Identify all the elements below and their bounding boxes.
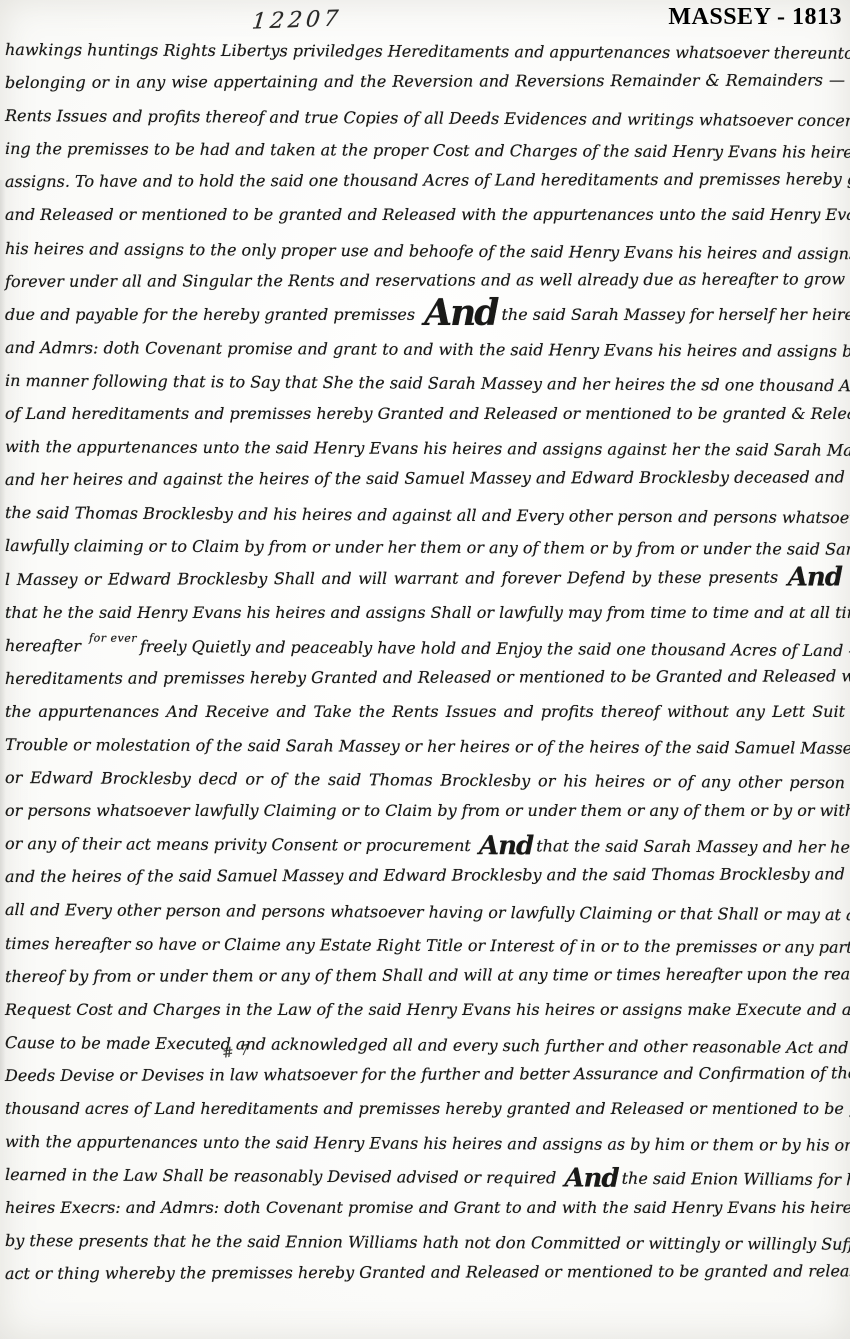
handwritten-folio-number: 12207 — [251, 6, 344, 34]
line-text: hereditaments and premisses hereby Grant… — [5, 666, 850, 688]
line-text: in manner following that is to Say that … — [5, 371, 850, 395]
document-line: or persons whatsoever lawfully Claiming … — [5, 794, 845, 827]
line-text: with the appurtenances unto the said Hen… — [5, 437, 850, 460]
document-line: hereditaments and premisses hereby Grant… — [5, 659, 845, 695]
document-line: heires Execrs: and Admrs: doth Covenant … — [5, 1191, 845, 1224]
line-text: that he the said Henry Evans his heires … — [5, 603, 850, 622]
document-line: Trouble or molestation of the said Sarah… — [5, 728, 845, 765]
document-line: l Massey or Edward Brocklesby Shall and … — [5, 560, 845, 596]
line-text: his heires and assigns to the only prope… — [5, 239, 850, 263]
line-text: of Land hereditaments and premisses here… — [5, 404, 850, 423]
document-line: due and payable for the hereby granted p… — [5, 298, 845, 331]
line-text: thereof by from or under them or any of … — [5, 964, 850, 986]
document-line: thereof by from or under them or any of … — [5, 957, 845, 993]
line-text: hereafter — [5, 636, 81, 655]
document-line: that he the said Henry Evans his heires … — [5, 596, 845, 629]
line-text: and her heires and against the heires of… — [5, 467, 850, 489]
line-text: assigns. To have and to hold the said on… — [5, 170, 850, 192]
line-text: freely Quietly and peaceably have hold a… — [140, 637, 850, 660]
document-line: of Land hereditaments and premisses here… — [5, 397, 845, 430]
decorated-and-word: And — [476, 831, 536, 861]
line-text: belonging or in any wise appertaining an… — [5, 70, 845, 92]
line-text: the said Sarah Massey for herself her he… — [501, 305, 850, 324]
line-text: learned in the Law Shall be reasonably D… — [5, 1165, 556, 1187]
line-text: the said Enion Williams for him self his — [622, 1169, 850, 1190]
line-text: Trouble or molestation of the said Sarah… — [5, 735, 850, 758]
line-text: and Admrs: doth Covenant promise and gra… — [5, 338, 850, 361]
line-text: thousand acres of Land hereditaments and… — [5, 1099, 850, 1118]
scanned-deed-page: 12207 MASSEY - 1813 # 7 hawkings hunting… — [0, 0, 850, 1339]
line-text: ing the premisses to be had and taken at… — [5, 139, 850, 162]
line-text: Rents Issues and profits thereof and tru… — [5, 106, 850, 130]
decorated-and-word: And — [561, 1164, 621, 1194]
line-text: and Released or mentioned to be granted … — [5, 205, 850, 224]
document-body: hawkings huntings Rights Libertys privil… — [5, 33, 845, 1291]
document-line: and the heires of the said Samuel Massey… — [5, 858, 845, 894]
line-text: with the appurtenances unto the said Hen… — [5, 1132, 850, 1155]
line-text: heires Execrs: and Admrs: doth Covenant … — [5, 1198, 850, 1217]
document-line: the appurtenances And Receive and Take t… — [5, 695, 845, 728]
decorated-and-word: And — [420, 292, 501, 334]
document-line: and her heires and against the heires of… — [5, 461, 845, 497]
line-text: times hereafter so have or Claime any Es… — [5, 934, 850, 957]
line-text: or any of their act means privity Consen… — [5, 834, 471, 855]
line-text: or Edward Brocklesby decd or of the said… — [5, 768, 845, 792]
interlinear-insertion: for ever — [89, 631, 137, 644]
document-line: and Released or mentioned to be granted … — [5, 198, 845, 231]
line-text: Deeds Devise or Devises in law whatsoeve… — [5, 1063, 850, 1085]
page-title: MASSEY - 1813 — [668, 4, 842, 31]
line-text: l Massey or Edward Brocklesby Shall and … — [5, 567, 778, 588]
line-text: Cause to be made Executed and acknowledg… — [5, 1033, 850, 1058]
document-line: and Admrs: doth Covenant promise and gra… — [5, 331, 845, 368]
document-line: forever under all and Singular the Rents… — [5, 262, 845, 298]
line-text: Request Cost and Charges in the Law of t… — [5, 1000, 850, 1019]
document-line: with the appurtenances unto the said Hen… — [5, 1125, 845, 1162]
line-text: hawkings huntings Rights Libertys privil… — [5, 40, 850, 63]
decorated-and-word: And — [785, 562, 845, 592]
line-text: and the heires of the said Samuel Massey… — [5, 864, 850, 886]
document-line: Request Cost and Charges in the Law of t… — [5, 993, 845, 1026]
document-line: assigns. To have and to hold the said on… — [5, 163, 845, 199]
document-line: Deeds Devise or Devises in law whatsoeve… — [5, 1056, 845, 1092]
document-line: or Edward Brocklesby decd or of the said… — [5, 761, 845, 799]
line-text: all and Every other person and persons w… — [5, 900, 850, 925]
document-line: belonging or in any wise appertaining an… — [5, 63, 845, 99]
line-text: act or thing whereby the premisses hereb… — [5, 1261, 850, 1283]
document-line: all and Every other person and persons w… — [5, 893, 845, 931]
document-line: act or thing whereby the premisses hereb… — [5, 1255, 845, 1291]
line-text: forever under all and Singular the Rents… — [5, 269, 845, 291]
document-line: thousand acres of Land hereditaments and… — [5, 1092, 845, 1125]
line-text: that the said Sarah Massey and her heire… — [536, 837, 850, 858]
line-text: the appurtenances And Receive and Take t… — [5, 702, 845, 721]
document-line: in manner following that is to Say that … — [5, 364, 845, 402]
line-text: the said Thomas Brocklesby and his heire… — [5, 503, 850, 527]
line-text: lawfully claiming or to Claim by from or… — [5, 536, 850, 559]
line-text: by these presents that he the said Ennio… — [5, 1231, 850, 1254]
document-line: learned in the Law Shall be reasonably D… — [5, 1158, 845, 1196]
line-text: due and payable for the hereby granted p… — [5, 305, 415, 324]
line-text: or persons whatsoever lawfully Claiming … — [5, 801, 850, 820]
